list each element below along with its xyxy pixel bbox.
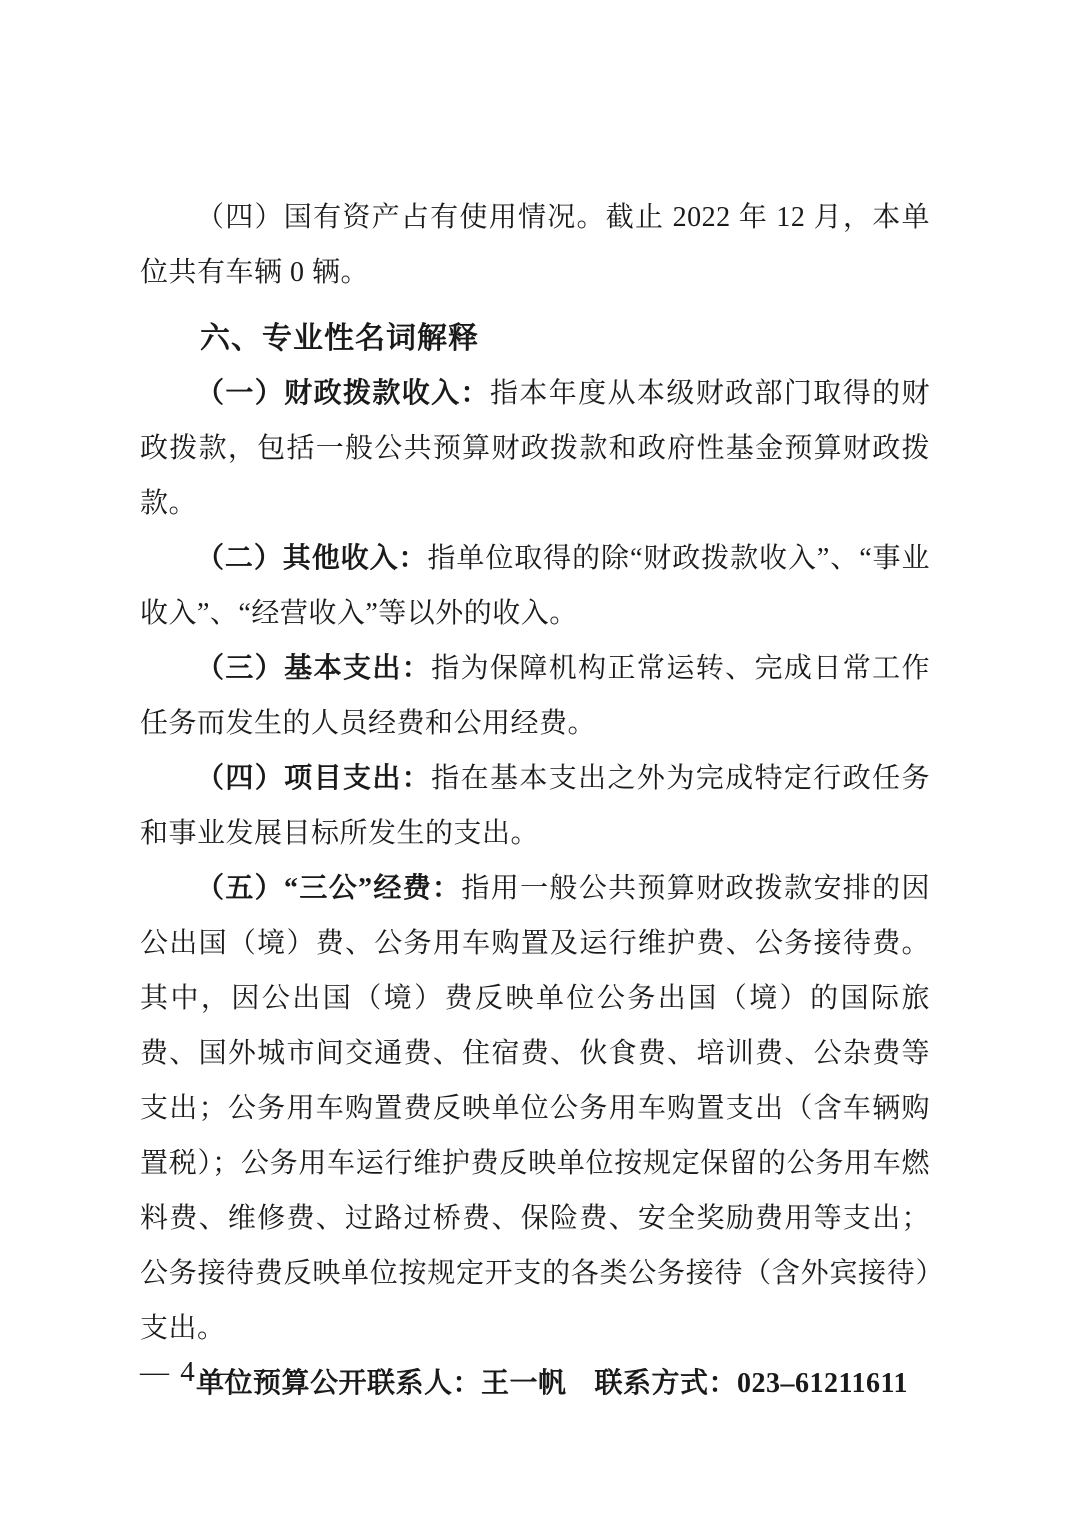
term-lead: （四）项目支出：	[196, 763, 431, 794]
contact-person-label: 单位预算公开联系人：	[196, 1368, 481, 1399]
contact-phone: 023–61211611	[737, 1368, 908, 1399]
term-paragraph-fiscal-appropriation-income: （一）财政拨款收入：指本年度从本级财政部门取得的财政拨款，包括一般公共预算财政拨…	[140, 366, 930, 531]
term-lead: （二）其他收入：	[196, 543, 427, 574]
term-paragraph-three-public-funds: （五）“三公”经费：指用一般公共预算财政拨款安排的因公出国（境）费、公务用车购置…	[140, 861, 930, 1356]
document-page: （四）国有资产占有使用情况。截止 2022 年 12 月，本单位共有车辆 0 辆…	[0, 0, 1074, 1520]
section-heading-terms: 六、专业性名词解释	[140, 311, 930, 366]
document-body: （四）国有资产占有使用情况。截止 2022 年 12 月，本单位共有车辆 0 辆…	[140, 190, 930, 1411]
paragraph-state-assets: （四）国有资产占有使用情况。截止 2022 年 12 月，本单位共有车辆 0 辆…	[140, 190, 930, 300]
contact-method-label: 联系方式：	[595, 1368, 738, 1399]
term-paragraph-project-expenditure: （四）项目支出：指在基本支出之外为完成特定行政任务和事业发展目标所发生的支出。	[140, 751, 930, 861]
term-paragraph-basic-expenditure: （三）基本支出：指为保障机构正常运转、完成日常工作任务而发生的人员经费和公用经费…	[140, 641, 930, 751]
contact-person-name: 王一帆	[481, 1368, 567, 1399]
term-body: 指用一般公共预算财政拨款安排的因公出国（境）费、公务用车购置及运行维护费、公务接…	[140, 873, 930, 1344]
contact-line: 单位预算公开联系人：王一帆联系方式：023–61211611	[140, 1356, 930, 1411]
state-assets-text: （四）国有资产占有使用情况。截止 2022 年 12 月，本单位共有车辆 0 辆…	[140, 202, 930, 288]
page-number: — 4 —	[140, 1352, 237, 1392]
term-lead: （一）财政拨款收入：	[196, 378, 490, 409]
term-paragraph-other-income: （二）其他收入：指单位取得的除“财政拨款收入”、“事业收入”、“经营收入”等以外…	[140, 531, 930, 641]
term-lead: （三）基本支出：	[196, 653, 431, 684]
term-lead: （五）“三公”经费：	[196, 873, 461, 904]
